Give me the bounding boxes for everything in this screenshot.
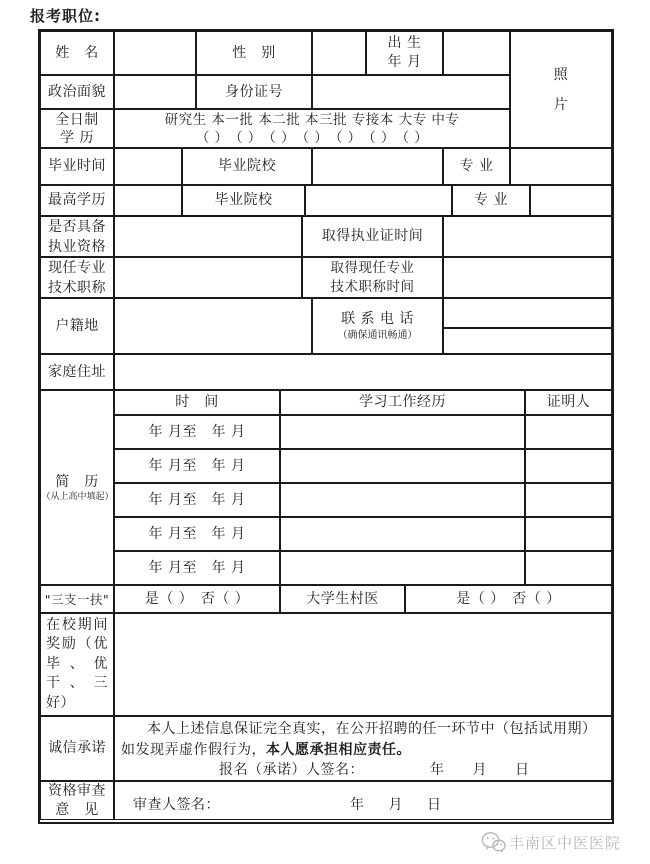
resume-period-5[interactable]: 年 月至 年 月: [114, 551, 280, 585]
prof-title-time-label: 取得现任专业技术职称时间: [302, 257, 443, 298]
fulltime-education-label: 全日制学 历: [40, 109, 114, 148]
school-awards-value[interactable]: [114, 613, 612, 716]
prof-title-label: 现任专业技术职称: [40, 257, 114, 298]
photo-box[interactable]: 照片: [510, 31, 612, 148]
license-time-value[interactable]: [443, 216, 612, 257]
prof-title-time-value[interactable]: [443, 257, 612, 298]
school-awards-label: 在校期间奖励（优毕、优干、三好）: [40, 613, 114, 716]
qualification-review-label: 资格审查意 见: [40, 781, 114, 820]
graduation-school-value[interactable]: [312, 148, 443, 185]
home-address-label: 家庭住址: [40, 354, 114, 390]
home-address-value[interactable]: [114, 354, 612, 390]
birthdate-label: 出 生年 月: [366, 31, 443, 75]
wechat-logo-icon: [481, 831, 506, 854]
resume-period-1[interactable]: 年 月至 年 月: [114, 415, 280, 449]
contact-phone-label: 联 系 电 话（确保通讯畅通）: [312, 298, 443, 354]
resume-header-experience: 学习工作经历: [280, 390, 525, 415]
village-doctor-label: 大学生村医: [280, 585, 405, 613]
resume-period-2[interactable]: 年 月至 年 月: [114, 449, 280, 483]
license-time-label: 取得执业证时间: [302, 216, 443, 257]
highest-major-value[interactable]: [530, 185, 612, 216]
resume-witness-4[interactable]: [525, 517, 612, 551]
form-table: 姓 名性 别出 生年 月照片政治面貌身份证号全日制学 历研究生 本一批 本二批 …: [38, 29, 614, 824]
political-status-value[interactable]: [114, 75, 196, 109]
resume-experience-1[interactable]: [280, 415, 525, 449]
resume-witness-3[interactable]: [525, 483, 612, 517]
political-status-label: 政治面貌: [40, 75, 114, 109]
szyf-label: "三支一扶": [40, 585, 114, 613]
gender-value[interactable]: [312, 31, 366, 75]
resume-witness-5[interactable]: [525, 551, 612, 585]
graduation-time-label: 毕业时间: [40, 148, 114, 185]
gender-label: 性 别: [196, 31, 312, 75]
contact-phone-value-2[interactable]: [443, 328, 612, 354]
contact-phone-value-1[interactable]: [443, 298, 612, 328]
major-label: 专 业: [443, 148, 510, 185]
license-label: 是否具备执业资格: [40, 216, 114, 257]
id-number-label: 身份证号: [196, 75, 312, 109]
residence-label: 户籍地: [40, 298, 114, 354]
resume-label: 简 历（从上高中填起）: [40, 390, 114, 585]
highest-education-label: 最高学历: [40, 185, 114, 216]
id-number-value[interactable]: [312, 75, 510, 109]
resume-period-3[interactable]: 年 月至 年 月: [114, 483, 280, 517]
watermark: 丰南区中医医院: [481, 831, 621, 854]
name-value[interactable]: [114, 31, 196, 75]
resume-witness-1[interactable]: [525, 415, 612, 449]
resume-experience-4[interactable]: [280, 517, 525, 551]
highest-school-value[interactable]: [305, 185, 452, 216]
resume-header-time: 时 间: [114, 390, 280, 415]
highest-major-label: 专 业: [452, 185, 530, 216]
graduation-time-value[interactable]: [114, 148, 182, 185]
resume-header-witness: 证明人: [525, 390, 612, 415]
prof-title-value[interactable]: [114, 257, 302, 298]
birthdate-value[interactable]: [443, 31, 510, 75]
highest-education-value[interactable]: [114, 185, 182, 216]
resume-witness-2[interactable]: [525, 449, 612, 483]
application-form-page: 报考职位: 姓 名性 别出 生年 月照片政治面貌身份证号全日制学 历研究生 本一…: [0, 0, 650, 864]
qualification-review-content: 审查人签名：年月日: [114, 781, 612, 820]
page-title: 报考职位:: [30, 5, 101, 26]
name-label: 姓 名: [40, 31, 114, 75]
integrity-label: 诚信承诺: [40, 716, 114, 781]
szyf-options[interactable]: 是（ ） 否（ ）: [114, 585, 280, 613]
highest-school-label: 毕业院校: [182, 185, 305, 216]
major-value[interactable]: [510, 148, 612, 185]
residence-value[interactable]: [114, 298, 312, 354]
license-value[interactable]: [114, 216, 302, 257]
resume-period-4[interactable]: 年 月至 年 月: [114, 517, 280, 551]
resume-experience-2[interactable]: [280, 449, 525, 483]
resume-experience-3[interactable]: [280, 483, 525, 517]
graduation-school-label: 毕业院校: [182, 148, 312, 185]
integrity-statement: 本人上述信息保证完全真实，在公开招聘的任一环节中（包括试用期）如发现弄虚作假行为…: [114, 716, 612, 781]
fulltime-education-options[interactable]: 研究生 本一批 本二批 本三批 专接本 大专 中专（ ） （ ） （ ） （ ）…: [114, 109, 510, 148]
watermark-text: 丰南区中医医院: [509, 832, 621, 853]
village-doctor-options[interactable]: 是（ ） 否（ ）: [405, 585, 612, 613]
resume-experience-5[interactable]: [280, 551, 525, 585]
